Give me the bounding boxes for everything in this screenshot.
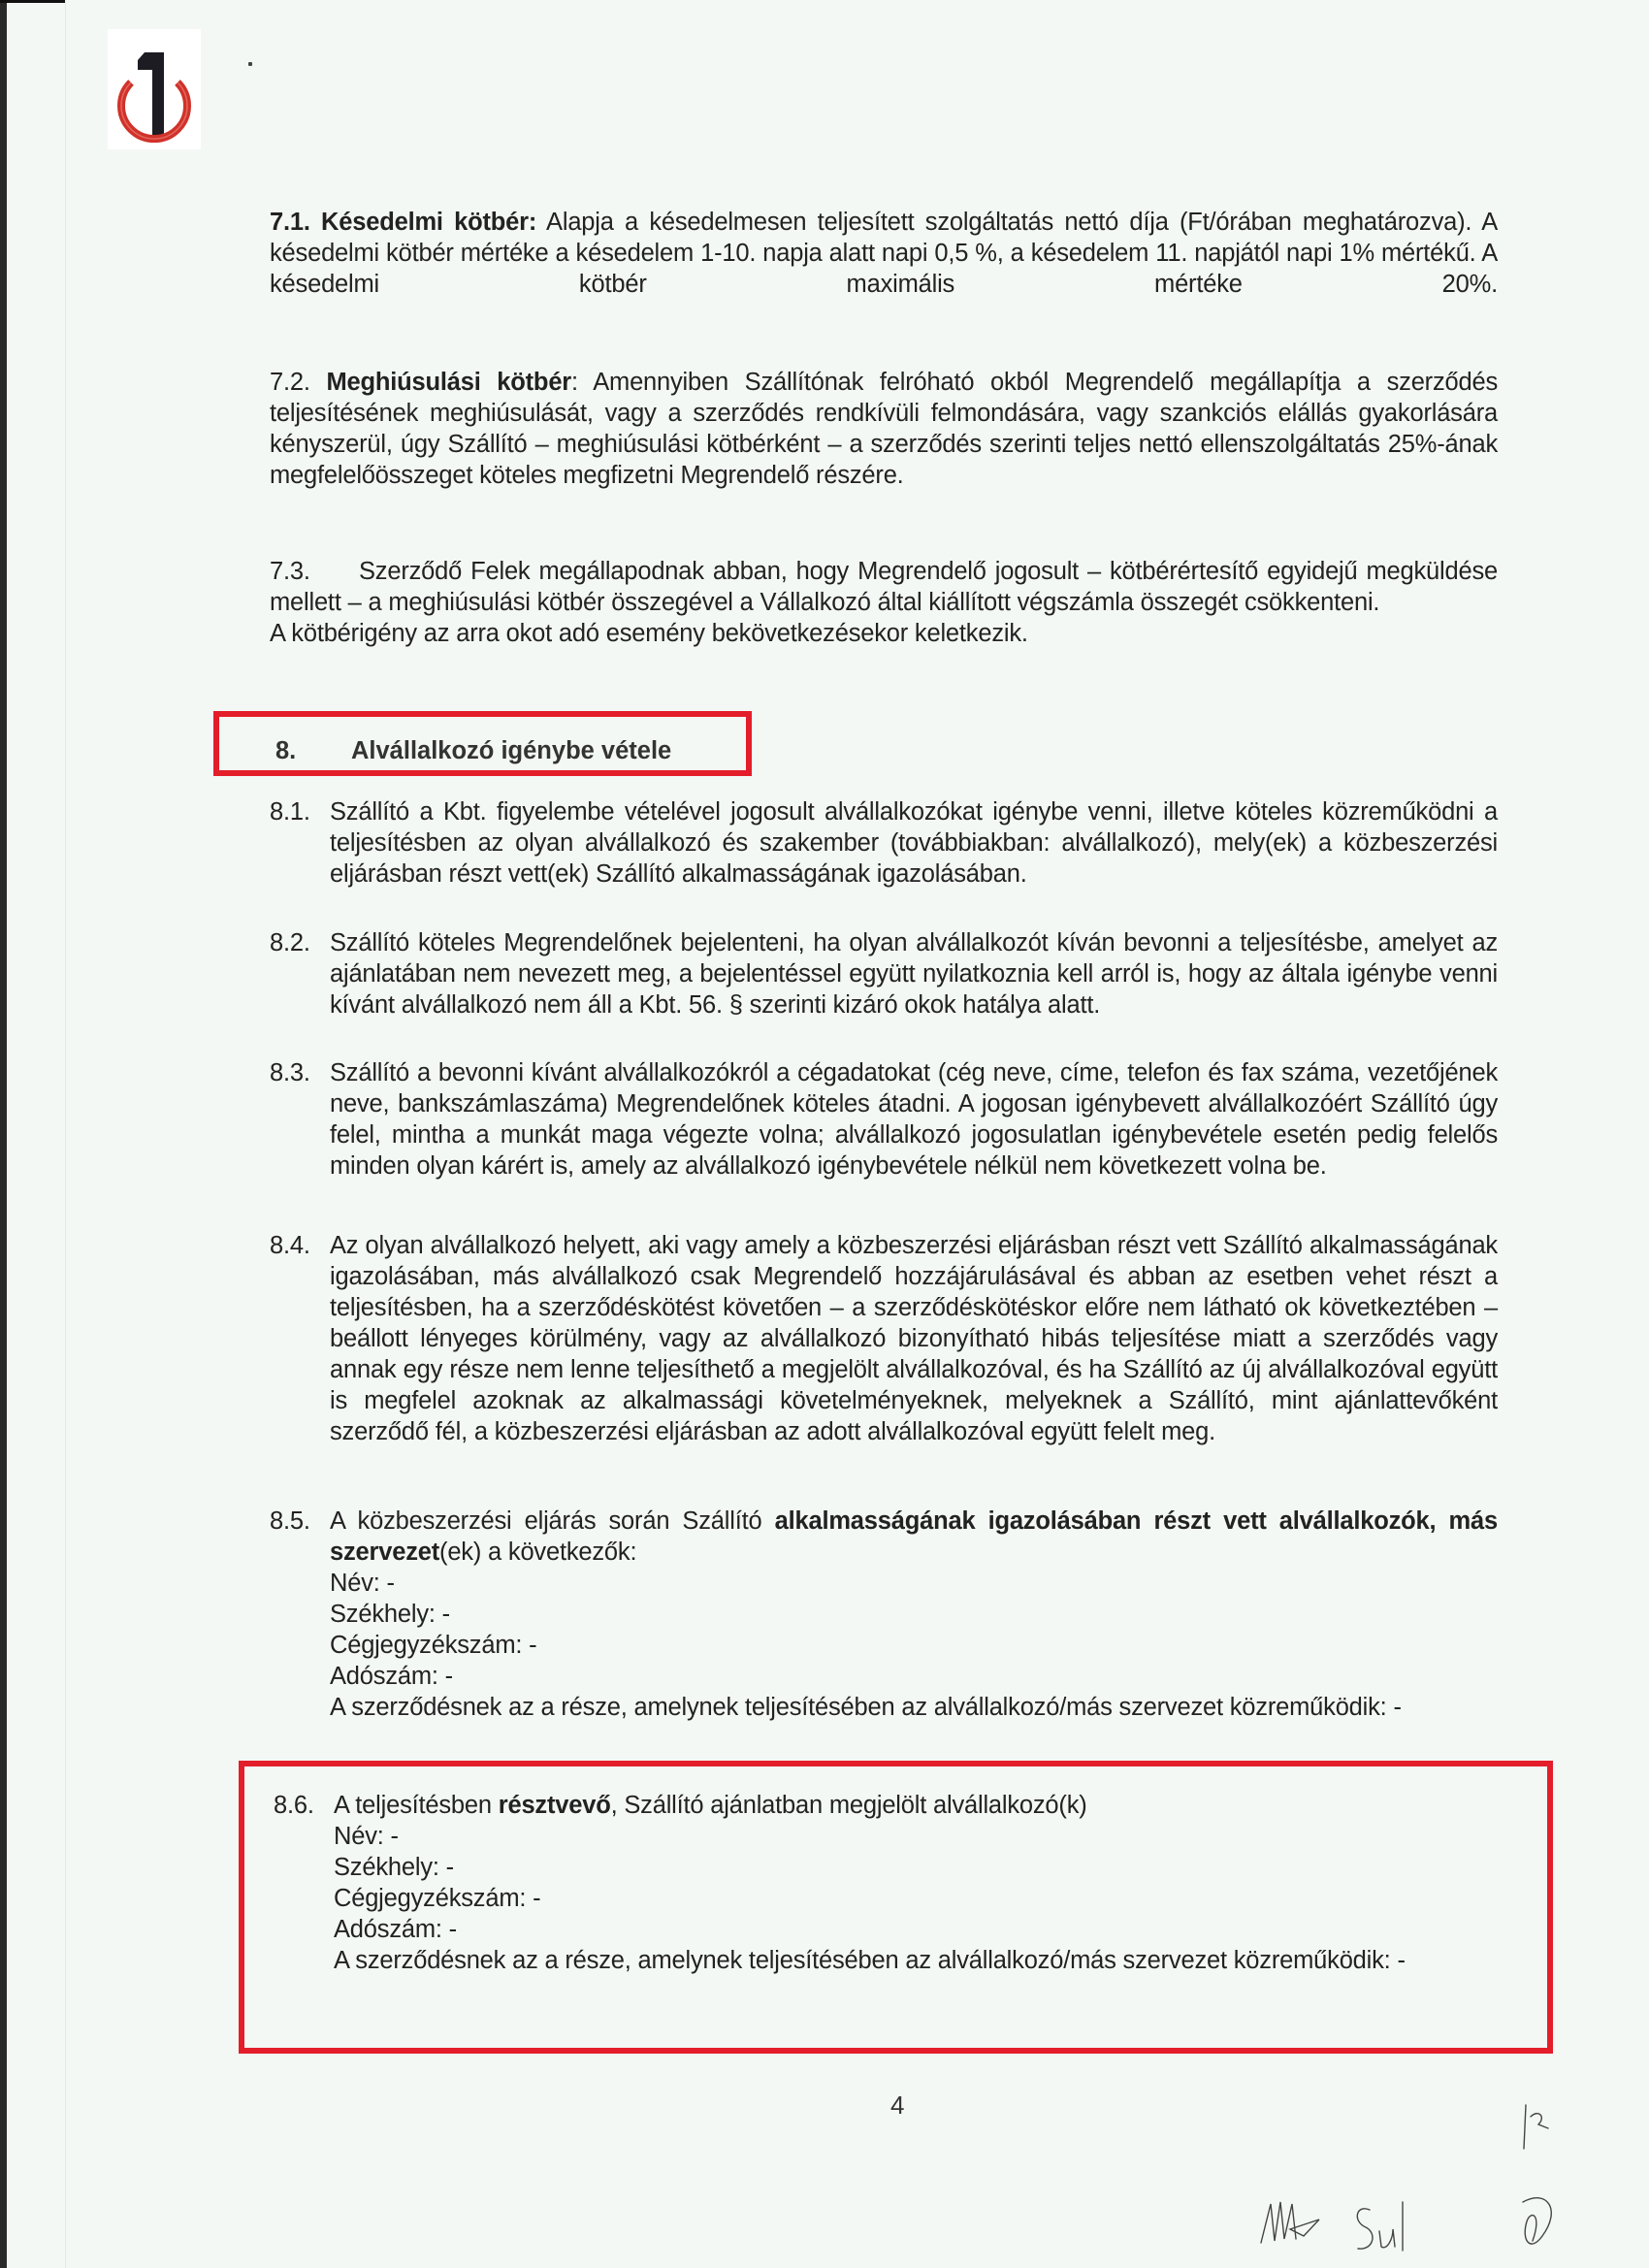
field-szerzodes-resze: A szerződésnek az a része, amelynek telj… xyxy=(330,1692,1498,1723)
section-title: Késedelmi kötbér: xyxy=(321,209,536,236)
section-number: 7.2. xyxy=(270,369,310,396)
section-text: Az olyan alvállalkozó helyett, aki vagy … xyxy=(330,1230,1498,1447)
section-number: 8. xyxy=(275,737,351,765)
field-adoszam: Adószám: - xyxy=(330,1661,1498,1692)
section-7-1: 7.1. Késedelmi kötbér: Alapja a késedelm… xyxy=(270,207,1498,300)
section-8-3: 8.3. Szállító a bevonni kívánt alvállalk… xyxy=(270,1057,1498,1182)
field-nev: Név: - xyxy=(330,1568,1498,1599)
section-text-2: A kötbérigény az arra okot adó esemény b… xyxy=(270,618,1498,649)
section-text: Szállító a Kbt. figyelembe vételével jog… xyxy=(330,796,1498,890)
page-fold-line xyxy=(65,0,66,2268)
section-8-4: 8.4. Az olyan alvállalkozó helyett, aki … xyxy=(270,1230,1498,1447)
handwritten-initials-signature xyxy=(1115,2095,1620,2260)
section-8-6-highlight-box xyxy=(239,1761,1553,2054)
power-one-logo-icon xyxy=(108,29,201,149)
section-text: Szállító a bevonni kívánt alvállalkozókr… xyxy=(330,1057,1498,1182)
section-8-2: 8.2. Szállító köteles Megrendelőnek beje… xyxy=(270,927,1498,1021)
scan-speck xyxy=(248,62,252,66)
section-8-5: 8.5. A közbeszerzési eljárás során Száll… xyxy=(270,1506,1498,1723)
section-number: 8.3. xyxy=(270,1057,310,1088)
section-number: 8.2. xyxy=(270,927,310,958)
section-7-2: 7.2. Meghiúsulási kötbér: Amennyiben Szá… xyxy=(270,367,1498,491)
section-8-heading: 8.Alvállalkozó igénybe vétele xyxy=(275,737,671,765)
section-title: Alvállalkozó igénybe vétele xyxy=(351,737,671,764)
section-intro-tail: (ek) a következők: xyxy=(439,1539,636,1566)
section-number: 8.1. xyxy=(270,796,310,827)
field-cegjegyzekszam: Cégjegyzékszám: - xyxy=(330,1630,1498,1661)
section-number: 8.4. xyxy=(270,1230,310,1261)
section-number: 7.1. xyxy=(270,209,310,236)
page-number: 4 xyxy=(890,2090,904,2121)
field-szekhely: Székhely: - xyxy=(330,1599,1498,1630)
section-title: Meghiúsulási kötbér xyxy=(326,369,571,396)
section-text: Szerződő Felek megállapodnak abban, hogy… xyxy=(270,558,1498,616)
scan-edge xyxy=(0,0,7,2268)
section-intro: A közbeszerzési eljárás során Szállító xyxy=(330,1507,775,1535)
section-text: Szállító köteles Megrendelőnek bejelente… xyxy=(330,927,1498,1021)
section-number: 8.5. xyxy=(270,1506,310,1537)
scan-edge-top xyxy=(0,0,66,3)
section-number: 7.3. xyxy=(270,556,359,587)
section-7-3: 7.3.Szerződő Felek megállapodnak abban, … xyxy=(270,556,1498,649)
section-8-1: 8.1. Szállító a Kbt. figyelembe vételéve… xyxy=(270,796,1498,890)
